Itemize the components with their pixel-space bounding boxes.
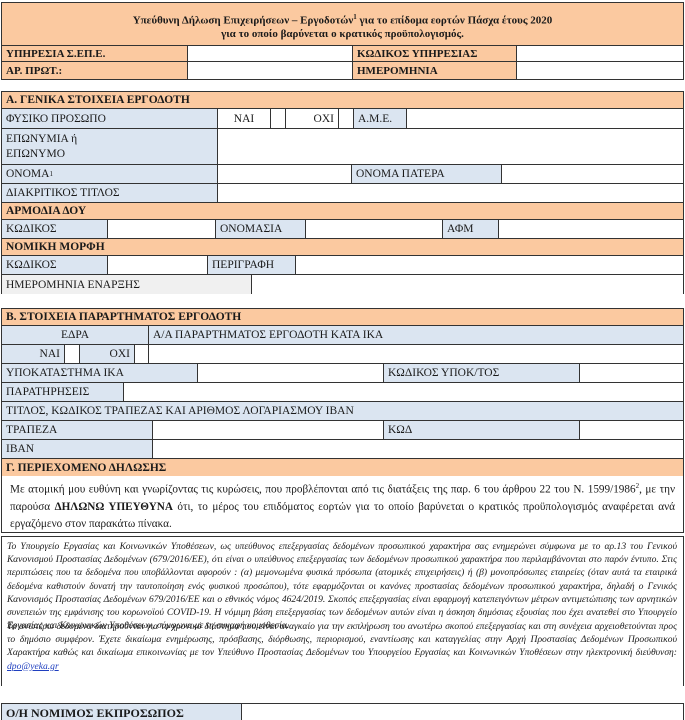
date-label: ΗΜΕΡΟΜΗΝΙΑ	[353, 62, 517, 79]
service-field[interactable]	[188, 46, 353, 61]
service-code-label: ΚΩΔΙΚΟΣ ΥΠΗΡΕΣΙΑΣ	[353, 46, 517, 61]
name-label-text: ΟΝΟΜΑ	[6, 168, 49, 180]
natural-person-no-checkbox[interactable]	[339, 109, 354, 128]
legal-representative-field[interactable]	[242, 704, 683, 720]
privacy-notice-box: Το Υπουργείο Εργασίας και Κοινωνικών Υπο…	[1, 536, 684, 686]
father-name-label: ΟΝΟΜΑ ΠΑΤΕΡΑ	[352, 165, 502, 183]
branch-number-label: Α/Α ΠΑΡΑΡΤΗΜΑΤΟΣ ΕΡΓΟΔΟΤΗ ΚΑΤΑ ΙΚΑ	[149, 326, 683, 344]
legal-representative-label: Ο/Η ΝΟΜΙΜΟΣ ΕΚΠΡΟΣΩΠΟΣ	[2, 704, 242, 720]
header-block: Υπεύθυνη Δήλωση Επιχειρήσεων – Εργοδοτών…	[1, 2, 684, 80]
name-footnote: 1	[49, 170, 53, 178]
surname-field[interactable]	[218, 129, 683, 164]
branch-code-field[interactable]	[580, 364, 683, 382]
section-c-title: Γ. ΠΕΡΙΕΧΟΜΕΝΟ ΔΗΛΩΣΗΣ	[2, 459, 683, 476]
service-code-field[interactable]	[517, 46, 683, 61]
legal-form-description-label: ΠΕΡΙΓΡΑΦΗ	[208, 256, 296, 274]
seat-yes-label: ΝΑΙ	[2, 345, 65, 363]
branch-number-field[interactable]	[149, 345, 683, 363]
ame-label: Α.Μ.Ε.	[354, 109, 407, 128]
declaration-text: Με ατομική μου ευθύνη και γνωρίζοντας τι…	[10, 478, 675, 533]
section-b-title: Β. ΣΤΟΙΧΕΙΑ ΠΑΡΑΡΤΗΜΑΤΟΣ ΕΡΓΟΔΟΤΗ	[2, 309, 683, 325]
father-name-field[interactable]	[502, 165, 683, 183]
protocol-no-label: ΑΡ. ΠΡΩΤ.:	[2, 62, 188, 79]
ika-branch-label: ΥΠΟΚΑΤΑΣΤΗΜΑ ΙΚΑ	[2, 364, 198, 382]
privacy-paragraph-1: Το Υπουργείο Εργασίας και Κοινωνικών Υπο…	[7, 540, 677, 632]
name-field[interactable]	[218, 165, 352, 183]
date-field[interactable]	[517, 62, 683, 79]
start-date-label: ΗΜΕΡΟΜΗΝΙΑ ΕΝΑΡΞΗΣ	[2, 275, 252, 294]
bank-label: ΤΡΑΠΕΖΑ	[2, 421, 153, 439]
declaration-box: Με ατομική μου ευθύνη και γνωρίζοντας τι…	[1, 475, 684, 533]
afm-field[interactable]	[499, 220, 683, 238]
legal-form-code-field[interactable]	[108, 256, 208, 274]
name-label: ΟΝΟΜΑ1	[2, 165, 218, 183]
iban-label: IBAN	[2, 440, 153, 458]
surname-label-line2: ΕΠΩΝΥΜΟ	[6, 147, 65, 162]
footer-row: Ο/Η ΝΟΜΙΜΟΣ ΕΚΠΡΟΣΩΠΟΣ	[1, 703, 684, 720]
legal-form-code-label: ΚΩΔΙΚΟΣ	[2, 256, 108, 274]
bank-field[interactable]	[153, 421, 384, 439]
tax-office-code-field[interactable]	[108, 220, 216, 238]
trade-title-field[interactable]	[218, 184, 683, 202]
service-label: ΥΠΗΡΕΣΙΑ Σ.ΕΠ.Ε.	[2, 46, 188, 61]
dpo-email-link[interactable]: dpo@yeka.gr	[7, 661, 59, 672]
natural-person-yes-checkbox[interactable]	[271, 109, 286, 128]
legal-form-title: ΝΟΜΙΚΗ ΜΟΡΦΗ	[2, 239, 683, 255]
ame-field[interactable]	[407, 109, 683, 128]
section-a: Α. ΓΕΝΙΚΑ ΣΤΟΙΧΕΙΑ ΕΡΓΟΔΟΤΗ ΦΥΣΙΚΟ ΠΡΟΣΩ…	[1, 91, 684, 294]
tax-office-code-label: ΚΩΔΙΚΟΣ	[2, 220, 108, 238]
tax-office-title: ΑΡΜΟΔΙΑ ΔΟΥ	[2, 203, 683, 219]
privacy-paragraph-2: Τα ανωτέρω δεδομένα διατηρούνται για το …	[7, 620, 677, 673]
protocol-no-field[interactable]	[188, 62, 353, 79]
bank-code-field[interactable]	[580, 421, 683, 439]
title-line1: Υπεύθυνη Δήλωση Επιχειρήσεων – Εργοδοτών	[133, 15, 354, 27]
section-a-title: Α. ΓΕΝΙΚΑ ΣΤΟΙΧΕΙΑ ΕΡΓΟΔΟΤΗ	[2, 92, 683, 108]
surname-label: ΕΠΩΝΥΜΙΑ ή ΕΠΩΝΥΜΟ	[2, 129, 218, 164]
seat-no-label: ΟΧΙ	[80, 345, 135, 363]
tax-office-name-label: ΟΝΟΜΑΣΙΑ	[216, 220, 306, 238]
natural-person-no-label: ΟΧΙ	[286, 109, 339, 128]
branch-code-label: ΚΩΔΙΚΟΣ ΥΠΟΚ/ΤΟΣ	[384, 364, 580, 382]
ika-branch-field[interactable]	[198, 364, 384, 382]
trade-title-label: ΔΙΑΚΡΙΤΙΚΟΣ ΤΙΤΛΟΣ	[2, 184, 218, 202]
start-date-field[interactable]	[252, 275, 683, 294]
remarks-field[interactable]	[124, 383, 683, 401]
iban-field[interactable]	[153, 440, 683, 458]
natural-person-yes-label: ΝΑΙ	[218, 109, 271, 128]
title-line1-rest: για το επίδομα εορτών Πάσχα έτους 2020	[357, 15, 553, 27]
seat-no-checkbox[interactable]	[135, 345, 149, 363]
bank-code-label: ΚΩΔ	[384, 421, 580, 439]
remarks-label: ΠΑΡΑΤΗΡΗΣΕΙΣ	[2, 383, 124, 401]
tax-office-name-field[interactable]	[306, 220, 443, 238]
afm-label: ΑΦΜ	[443, 220, 499, 238]
declaration-text-part1: Με ατομική μου ευθύνη και γνωρίζοντας τι…	[10, 484, 636, 496]
seat-yes-checkbox[interactable]	[65, 345, 80, 363]
title-line2: για το οποίο βαρύνεται ο κρατικός προϋπο…	[2, 28, 683, 41]
bank-section-title: ΤΙΤΛΟΣ, ΚΩΔΙΚΟΣ ΤΡΑΠΕΖΑΣ ΚΑΙ ΑΡΙΘΜΟΣ ΛΟΓ…	[2, 402, 683, 420]
form-title: Υπεύθυνη Δήλωση Επιχειρήσεων – Εργοδοτών…	[2, 3, 683, 41]
privacy-paragraph-2-text: Τα ανωτέρω δεδομένα διατηρούνται για το …	[7, 621, 677, 658]
natural-person-label: ΦΥΣΙΚΟ ΠΡΟΣΩΠΟ	[2, 109, 218, 128]
section-b: Β. ΣΤΟΙΧΕΙΑ ΠΑΡΑΡΤΗΜΑΤΟΣ ΕΡΓΟΔΟΤΗ ΕΔΡΑ Α…	[1, 308, 684, 476]
legal-form-description-field[interactable]	[296, 256, 683, 274]
declaration-bold-text: ΔΗΛΩΝΩ ΥΠΕΥΘΥΝΑ	[55, 501, 173, 513]
surname-label-line1: ΕΠΩΝΥΜΙΑ ή	[6, 132, 77, 147]
seat-label: ΕΔΡΑ	[2, 326, 149, 344]
